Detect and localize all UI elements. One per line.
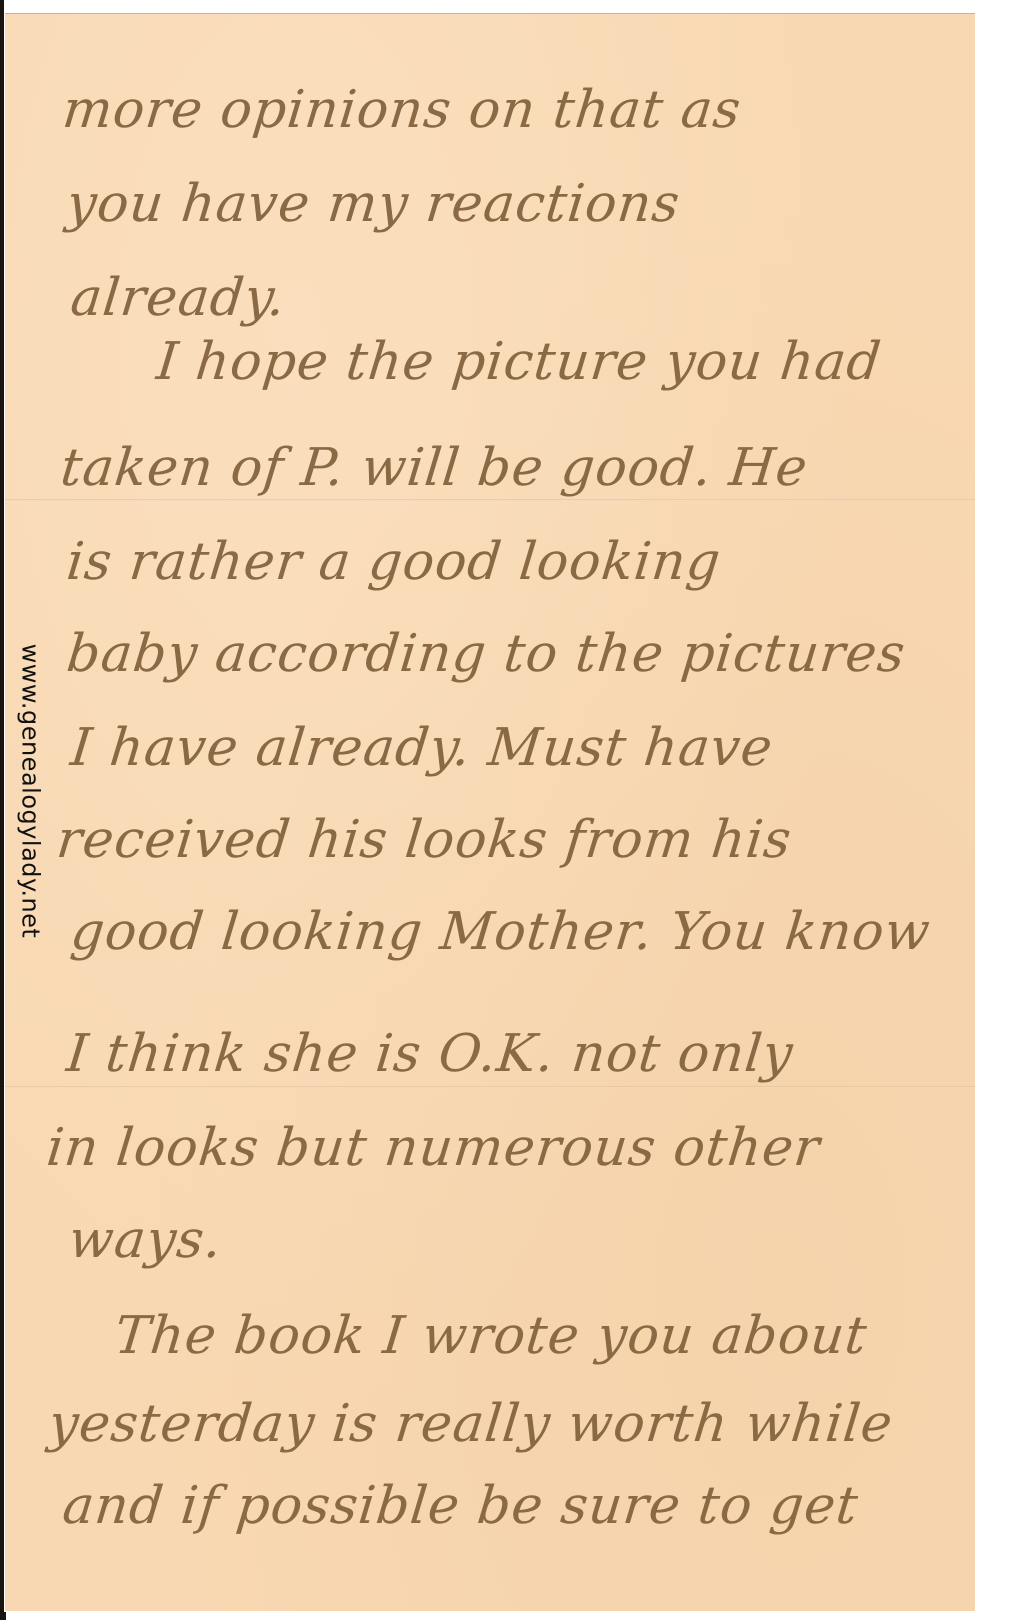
letter-line-7: baby according to the pictures	[64, 628, 908, 680]
watermark: www.genealogylady.net	[16, 616, 44, 966]
letter-line-16: and if possible be sure to get	[60, 1480, 861, 1532]
letter-page: more opinions on that as you have my rea…	[5, 13, 975, 1611]
letter-line-10: good looking Mother. You know	[68, 906, 933, 958]
letter-line-9: received his looks from his	[54, 814, 794, 866]
letter-line-1: more opinions on that as	[60, 84, 743, 136]
letter-line-5: taken of P. will be good. He	[58, 442, 810, 494]
letter-line-11: I think she is O.K. not only	[64, 1028, 795, 1080]
fold-crease-lower	[5, 1086, 975, 1088]
fold-crease-upper	[5, 499, 975, 501]
letter-line-6: is rather a good looking	[64, 536, 723, 588]
letter-line-12: in looks but numerous other	[44, 1122, 823, 1174]
letter-line-3: already.	[68, 272, 288, 324]
letter-line-8: I have already. Must have	[68, 722, 775, 774]
letter-line-14: The book I wrote you about	[112, 1310, 870, 1362]
letter-line-13: ways.	[66, 1214, 225, 1266]
letter-line-2: you have my reactions	[64, 178, 682, 230]
scan-edge-mark	[0, 1612, 6, 1620]
watermark-text: www.genealogylady.net	[16, 644, 44, 939]
letter-line-15: yesterday is really worth while	[46, 1398, 895, 1450]
scan-edge-shadow	[0, 0, 4, 1620]
letter-line-4: I hope the picture you had	[154, 336, 884, 388]
